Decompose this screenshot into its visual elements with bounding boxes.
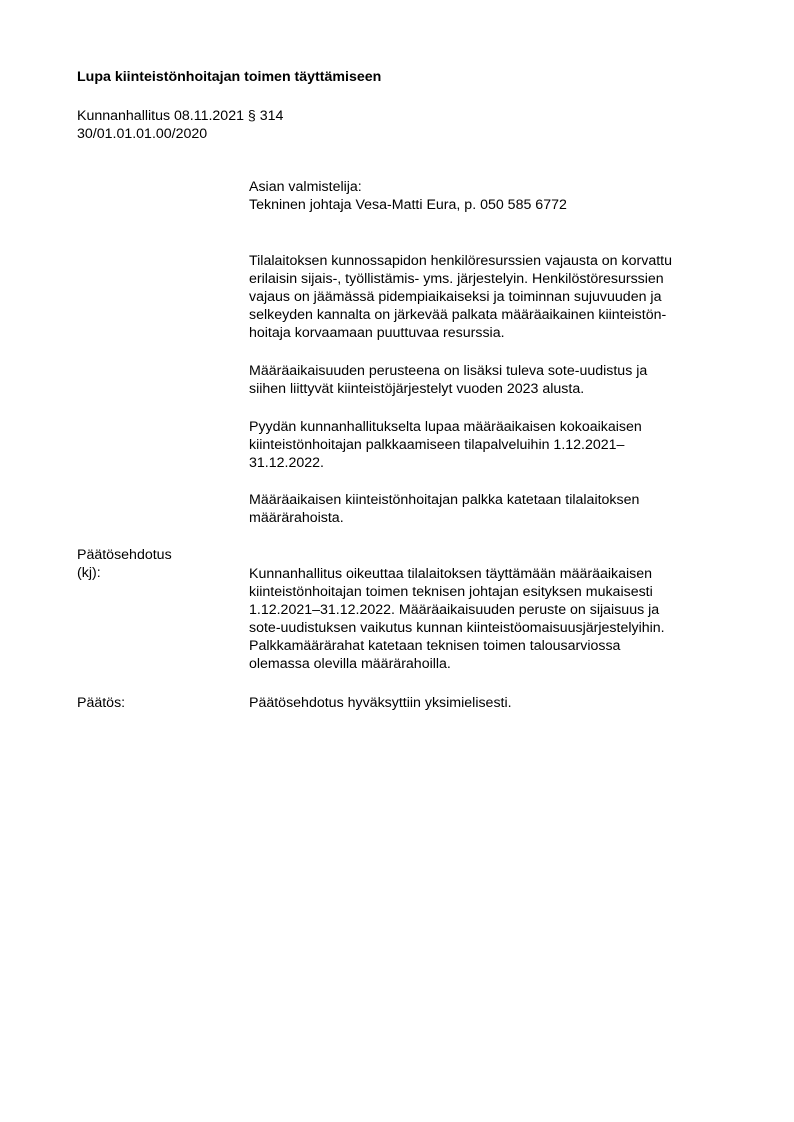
proposal-label: Päätösehdotus (kj): [77, 546, 172, 582]
preparer-name: Tekninen johtaja Vesa-Matti Eura, p. 050… [249, 196, 567, 214]
document-title: Lupa kiinteistönhoitajan toimen täyttämi… [77, 68, 381, 86]
decision-text: Päätösehdotus hyväksyttiin yksimielisest… [249, 694, 512, 712]
preparer-block: Asian valmistelija: Tekninen johtaja Ves… [249, 178, 567, 214]
body-paragraph-2: Määräaikaisuuden perusteena on lisäksi t… [249, 362, 647, 398]
text-line: Palkkamäärärahat katetaan teknisen toime… [249, 637, 665, 655]
text-line: määrärahoista. [249, 509, 639, 527]
body-paragraph-3: Pyydän kunnanhallitukselta lupaa määräai… [249, 418, 642, 472]
text-line: erilaisin sijais-, työllistämis- yms. jä… [249, 270, 672, 288]
proposal-label-line1: Päätösehdotus [77, 546, 172, 564]
text-line: kiinteistönhoitajan toimen teknisen joht… [249, 583, 665, 601]
text-line: siihen liittyvät kiinteistöjärjestelyt v… [249, 380, 647, 398]
meeting-meta: Kunnanhallitus 08.11.2021 § 314 30/01.01… [77, 107, 283, 143]
text-line: sote-uudistuksen vaikutus kunnan kiintei… [249, 619, 665, 637]
text-line: Kunnanhallitus oikeuttaa tilalaitoksen t… [249, 565, 665, 583]
text-line: Pyydän kunnanhallitukselta lupaa määräai… [249, 418, 642, 436]
text-line: selkeyden kannalta on järkevää palkata m… [249, 306, 672, 324]
record-number: 30/01.01.01.00/2020 [77, 125, 283, 143]
preparer-label: Asian valmistelija: [249, 178, 567, 196]
text-line: Määräaikaisen kiinteistönhoitajan palkka… [249, 491, 639, 509]
body-paragraph-4: Määräaikaisen kiinteistönhoitajan palkka… [249, 491, 639, 527]
proposal-text: Kunnanhallitus oikeuttaa tilalaitoksen t… [249, 565, 665, 673]
text-line: Tilalaitoksen kunnossapidon henkilöresur… [249, 252, 672, 270]
text-line: 31.12.2022. [249, 454, 642, 472]
text-line: Määräaikaisuuden perusteena on lisäksi t… [249, 362, 647, 380]
meeting-info: Kunnanhallitus 08.11.2021 § 314 [77, 107, 283, 125]
text-line: olemassa olevilla määrärahoilla. [249, 655, 665, 673]
text-line: 1.12.2021–31.12.2022. Määräaikaisuuden p… [249, 601, 665, 619]
text-line: kiinteistönhoitajan palkkaamiseen tilapa… [249, 436, 642, 454]
decision-label: Päätös: [77, 694, 125, 712]
body-paragraph-1: Tilalaitoksen kunnossapidon henkilöresur… [249, 252, 672, 342]
text-line: hoitaja korvaamaan puuttuvaa resurssia. [249, 324, 672, 342]
proposal-label-line2: (kj): [77, 564, 172, 582]
text-line: vajaus on jäämässä pidempiaikaiseksi ja … [249, 288, 672, 306]
